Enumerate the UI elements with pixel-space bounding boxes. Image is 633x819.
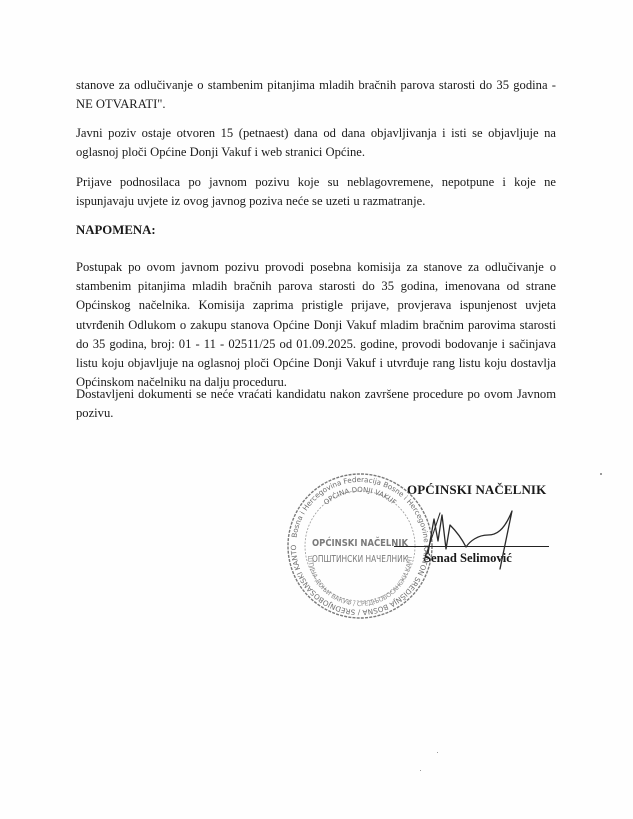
text-line: Općinskog načelnika. Komisija zaprima pr…: [76, 296, 556, 315]
scan-speck: [420, 770, 421, 771]
signatory-title: OPĆINSKI NAČELNIK: [407, 482, 546, 498]
text-line: stanove za odlučivanje o stambenim pitan…: [76, 76, 556, 95]
paragraph-procedure: Postupak po ovom javnom pozivu provodi p…: [76, 258, 556, 392]
text-line: utvrđenih Odlukom o zakupu stanova Općin…: [76, 316, 556, 335]
paragraph-continuation: stanove za odlučivanje o stambenim pitan…: [76, 76, 556, 114]
text-line: Postupak po ovom javnom pozivu provodi p…: [76, 258, 556, 277]
paragraph-documents: Dostavljeni dokumenti se neće vraćati ka…: [76, 385, 556, 423]
text-line: do 35 godina, broj: 01 - 11 - 02511/25 o…: [76, 335, 556, 354]
stamp-center-line-2: ОПШТИНСКИ НАЧЕЛНИК: [312, 554, 408, 565]
paragraph-rejection: Prijave podnosilaca po javnom pozivu koj…: [76, 173, 556, 211]
note-heading: NAPOMENA:: [76, 223, 156, 238]
text-line: pozivu.: [76, 404, 556, 423]
text-line: oglasnoj ploči Općine Donji Vakuf i web …: [76, 143, 556, 162]
scan-speck: [600, 473, 602, 475]
text-line: Prijave podnosilaca po javnom pozivu koj…: [76, 173, 556, 192]
text-line: stambenim pitanjima mladih bračnih parov…: [76, 277, 556, 296]
text-line: Dostavljeni dokumenti se neće vraćati ka…: [76, 385, 556, 404]
document-page: stanove za odlučivanje o stambenim pitan…: [0, 0, 633, 819]
text-line: listu koju objavljuje na oglasnoj ploči …: [76, 354, 556, 373]
stamp-center-line-1: OPĆINSKI NAČELNIK: [312, 536, 409, 549]
scan-speck: [437, 752, 438, 753]
paragraph-duration: Javni poziv ostaje otvoren 15 (petnaest)…: [76, 124, 556, 162]
text-line: NE OTVARATI".: [76, 95, 556, 114]
handwritten-signature: [420, 505, 530, 575]
text-line: ispunjavaju uvjete iz ovog javnog poziva…: [76, 192, 556, 211]
text-line: Javni poziv ostaje otvoren 15 (petnaest)…: [76, 124, 556, 143]
